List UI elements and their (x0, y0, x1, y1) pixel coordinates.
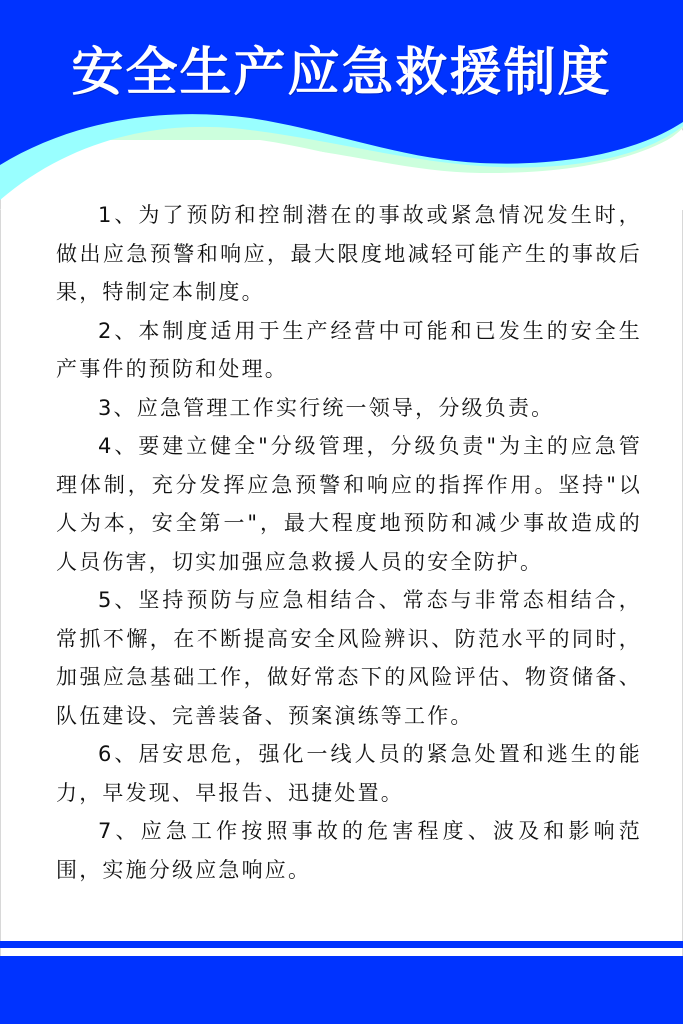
regulation-item-2: 2、本制度适用于生产经营中可能和已发生的安全生产事件的预防和处理。 (56, 312, 642, 389)
regulation-item-6: 6、居安思危，强化一线人员的紧急处置和逃生的能力，早发现、早报告、迅捷处置。 (56, 735, 642, 812)
regulation-item-4: 4、要建立健全"分级管理，分级负责"为主的应急管理体制，充分发挥应急预警和响应的… (56, 427, 642, 581)
regulation-body: 1、为了预防和控制潜在的事故或紧急情况发生时，做出应急预警和响应，最大限度地减轻… (56, 196, 642, 889)
regulation-item-1: 1、为了预防和控制潜在的事故或紧急情况发生时，做出应急预警和响应，最大限度地减轻… (56, 196, 642, 312)
regulation-item-5: 5、坚持预防与应急相结合、常态与非常态相结合，常抓不懈，在不断提高安全风险辨识、… (56, 581, 642, 735)
footer-bar (0, 956, 683, 1024)
regulation-item-7: 7、应急工作按照事故的危害程度、波及和影响范围，实施分级应急响应。 (56, 812, 642, 889)
footer-stripe (0, 941, 683, 948)
poster-title: 安全生产应急救援制度 (0, 38, 683, 108)
regulation-item-3: 3、应急管理工作实行统一领导，分级负责。 (56, 389, 642, 428)
